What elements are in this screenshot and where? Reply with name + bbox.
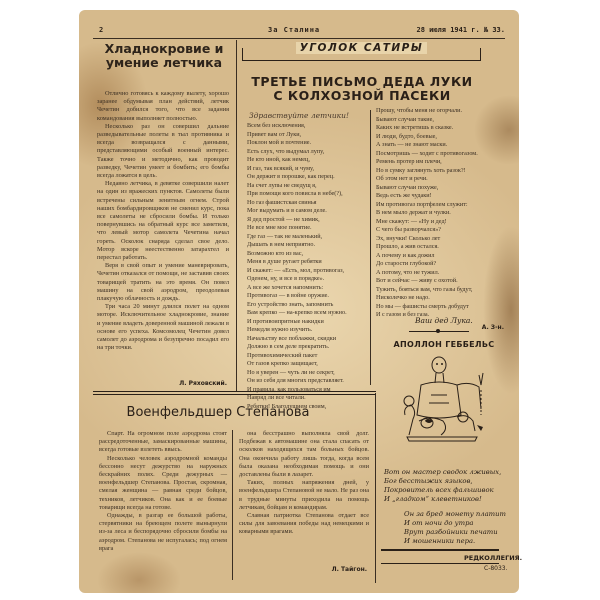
- verse-line: Прошло, а жив остался.: [376, 243, 501, 252]
- verse-line: И от ночи до утра: [404, 519, 506, 528]
- verse-line: Покровитель всех фальшивок: [384, 486, 501, 495]
- satire-title: ТРЕТЬЕ ПИСЬМО ДЕДА ЛУКИ С КОЛХОЗНОЙ ПАСЕ…: [237, 75, 487, 103]
- verse-line: При помощи кого повисла в небе(?),: [247, 190, 367, 199]
- verse-line: В нем мыло держат и чулки.: [376, 209, 501, 218]
- verse-line: Начальству все поблажки, скидки: [247, 335, 367, 344]
- verse-line: Ведь есть же чудаки!: [376, 192, 501, 201]
- verse-line: Мне скажут: — «Ну и дед!: [376, 218, 501, 227]
- verse-line: Вам крепко — на-крепко всем нужно.: [247, 309, 367, 318]
- poem-signature: А. З-н.: [459, 324, 504, 331]
- verse-line: Тужить, бояться вам, что газы будут,: [376, 286, 501, 295]
- poem-greeting: Здравствуйте летчики!: [249, 111, 349, 120]
- verse-line: Не кто иной, как немец,: [247, 156, 367, 165]
- paragraph: Веря в свой опыт и умение маневрировать,…: [97, 262, 229, 303]
- verse-line: И мошенники пера.: [404, 537, 506, 546]
- verse-line: Оденем, ну, и все в порядке».: [247, 275, 367, 284]
- verse-line: Об этом нет и речи.: [376, 175, 501, 184]
- paragraph: Однажды, в разгар ее большой работы, сте…: [99, 512, 227, 553]
- verse-line: С чего бы разворчался»?: [376, 226, 501, 235]
- section-divider: [93, 391, 376, 395]
- paragraph: она бесстрашно выполняла свой долг. Подб…: [239, 430, 369, 479]
- verse-line: На счет лупы не сведущ я,: [247, 182, 367, 191]
- article-left-signature: Л. Ряховский.: [97, 380, 227, 387]
- goebbels-cartoon-illustration: [391, 355, 501, 450]
- article-bottom-col-1: Спарт. На огромном поле аэродрома стоят …: [99, 430, 227, 553]
- footer-rule: [381, 549, 499, 551]
- paragraph: Недавно летчика, в девятке совершили нал…: [97, 180, 229, 262]
- poem-column-2: Прошу, чтобы меня не огорчали.Бывают слу…: [376, 107, 501, 320]
- article-bottom-col-2: она бесстрашно выполняла свой долг. Подб…: [239, 430, 369, 537]
- paragraph: Славная патриотка Степанова отдает все с…: [239, 512, 369, 537]
- verse-line: И люди, будто, боевые,: [376, 133, 501, 142]
- censor-code: С-8033.: [484, 565, 508, 572]
- verse-line: Противохимический пакет: [247, 352, 367, 361]
- paragraph: Таких, полных напряжения дней, у военфел…: [239, 479, 369, 512]
- verse-line: Врут разбойники печати: [404, 528, 506, 537]
- verse-line: Но я уверен — чуть ли не секрет,: [247, 369, 367, 378]
- verse-line: Он из себя для многих представляет.: [247, 377, 367, 386]
- editorial-underline: [381, 563, 499, 564]
- verse-line: Он держит в порошке, как перец.: [247, 173, 367, 182]
- verse-line: Противогаз — в войне оружие.: [247, 292, 367, 301]
- poem-column-rule: [370, 110, 371, 385]
- verse-line: Нисколечко не надо.: [376, 294, 501, 303]
- newspaper-title: За Сталина: [268, 26, 320, 34]
- editorial-board: РЕДКОЛЛЕГИЯ.: [464, 554, 522, 562]
- verse-line: Меня в душе ругает ребятки: [247, 258, 367, 267]
- verse-line: Не все мне мое понятие.: [247, 224, 367, 233]
- page-header: 2 За Сталина 28 июля 1941 г. № 33.: [93, 24, 505, 39]
- satire-section-label: УГОЛОК САТИРЫ: [242, 42, 481, 54]
- ornament-divider: [409, 331, 469, 332]
- verse-line: А все же хочется напомнить:: [247, 284, 367, 293]
- verse-line: До старости глубокой?: [376, 260, 501, 269]
- verse-line: Всем без исключения,: [247, 122, 367, 131]
- verse-line: Он за бред монету платит: [404, 510, 506, 519]
- verse-line: Но газ фашистская свинья: [247, 199, 367, 208]
- article-left-title: Хладнокровие и умение летчика: [99, 42, 229, 70]
- paragraph: Несколько раз он совершил дальние развед…: [97, 123, 229, 180]
- verse-line: И противоипритные накидки: [247, 318, 367, 327]
- paragraph: Три часа 20 минут длился полет на одном …: [97, 303, 229, 352]
- verse-line: Поклон мой и почтение.: [247, 139, 367, 148]
- verse-line: От газов крепко защищает,: [247, 360, 367, 369]
- bottom-column-rule: [232, 430, 233, 580]
- poem-column-1: Всем без исключения,Привет вам от Луки,П…: [247, 122, 367, 411]
- verse-line: Немедля нужно изучить.: [247, 326, 367, 335]
- verse-line: Должно в сем деле прекратить.: [247, 343, 367, 352]
- verse-line: Навряд ли все читали.: [247, 394, 367, 403]
- verse-line: Бог бесстыжих языков,: [384, 477, 501, 486]
- verse-line: И „гладком“ клеветников!: [384, 495, 501, 504]
- paragraph: Отлично готовясь к каждому вылету, хорош…: [97, 90, 229, 123]
- verse-line: Каких не встретишь в сказке.: [376, 124, 501, 133]
- verse-line: И скажет: — «Есть, мол, противогаз,: [247, 267, 367, 276]
- verse-line: Где газ — так не маленький,: [247, 233, 367, 242]
- verse-line: Вот и сейчас — живу с охотой.: [376, 277, 501, 286]
- verse-line: Им противогаз портфелем служит:: [376, 201, 501, 210]
- verse-line: Возможно кто из вас,: [247, 250, 367, 259]
- verse-line: Прошу, чтобы меня не огорчали.: [376, 107, 501, 116]
- verse-line: Вот он мастер сводок лживых,: [384, 468, 501, 477]
- issue-date: 28 июля 1941 г. № 33.: [416, 26, 505, 34]
- paragraph: Несколько человек аэродромной команды бе…: [99, 455, 227, 512]
- verse-line: Его устройство знать, запомнить: [247, 301, 367, 310]
- verse-line: А потому, что не тужил.: [376, 269, 501, 278]
- verse-line: И газ, так всякий, и чуму,: [247, 165, 367, 174]
- verse-line: А почему и как дожил: [376, 252, 501, 261]
- verse-line: Я дед простой — не химик,: [247, 216, 367, 225]
- verse-line: Мог выдумать и в самом деле.: [247, 207, 367, 216]
- verse-line: Посмотришь — ходит с противогазом.: [376, 150, 501, 159]
- paragraph: Спарт. На огромном поле аэродрома стоят …: [99, 430, 227, 455]
- verse-line: Привет вам от Луки,: [247, 131, 367, 140]
- cartoon-title: АПОЛЛОН ГЕББЕЛЬС: [381, 340, 507, 349]
- verse-line: Но в сумку заглянуть хоть разок?!: [376, 167, 501, 176]
- article-bottom-title: Военфельдшер Степанова: [93, 405, 343, 420]
- verse-line: Бывают случаи такие,: [376, 116, 501, 125]
- article-bottom-signature: Л. Тайгон.: [239, 566, 367, 573]
- article-left-body: Отлично готовясь к каждому вылету, хорош…: [97, 90, 229, 353]
- newspaper-page: 2 За Сталина 28 июля 1941 г. № 33. Хладн…: [79, 10, 519, 593]
- cartoon-caption-stanza-2: Он за бред монету платитИ от ночи до утр…: [404, 510, 506, 546]
- verse-line: Ремень протер им плечи,: [376, 158, 501, 167]
- verse-line: А знать — не знают маски.: [376, 141, 501, 150]
- verse-line: Есть слух, что выдумал лупу,: [247, 148, 367, 157]
- column-rule-right: [375, 393, 376, 583]
- verse-line: Бывают случаи похуже,: [376, 184, 501, 193]
- page-number: 2: [99, 26, 103, 34]
- verse-line: Эх, внучки! Сколько лет: [376, 235, 501, 244]
- cartoon-caption-stanza-1: Вот он мастер сводок лживых,Бог бесстыжи…: [384, 468, 501, 504]
- verse-line: Дышать в нем неприятно.: [247, 241, 367, 250]
- verse-line: Но мы — фашисты смерть добудут: [376, 303, 501, 312]
